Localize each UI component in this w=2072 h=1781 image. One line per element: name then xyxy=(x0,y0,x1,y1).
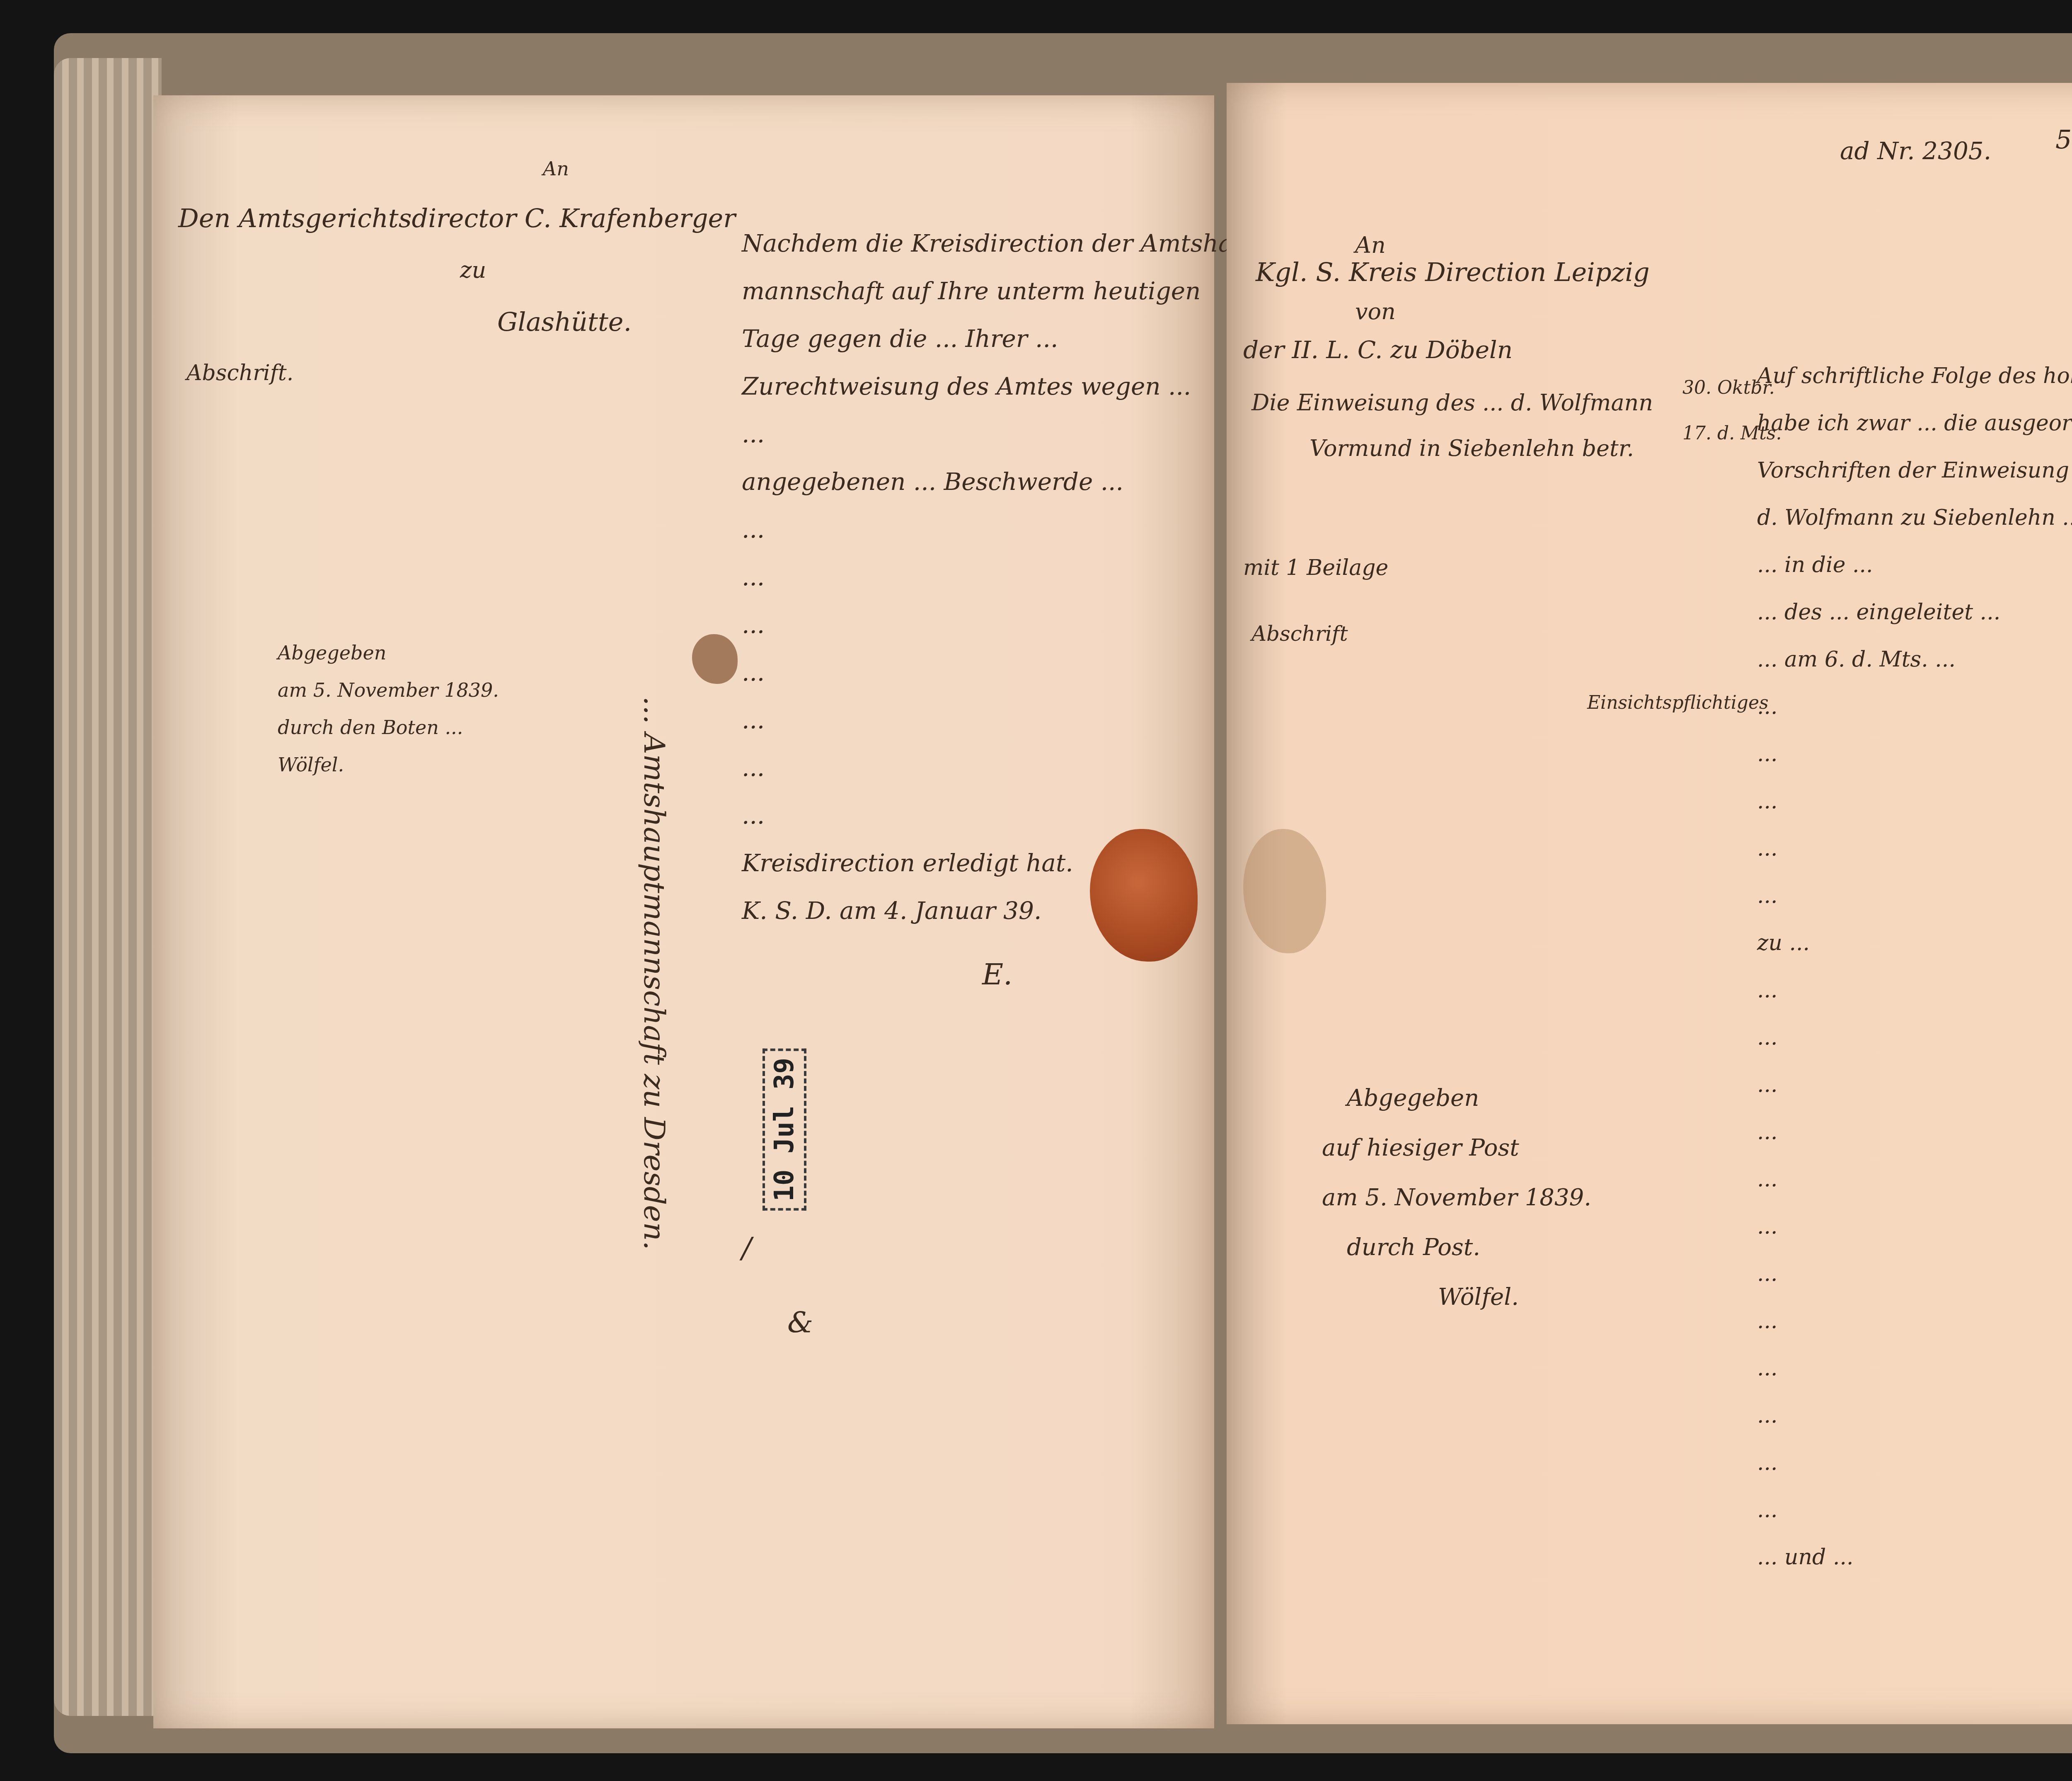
right-address-line3: der II. L. C. zu Döbeln xyxy=(1243,336,1513,364)
date-stamp: 10 Jul 39 xyxy=(762,1049,806,1211)
folio-reference: ad Nr. 2305. xyxy=(1840,137,1991,165)
left-body-text: Nachdem die Kreisdirection der Amtshaupt… xyxy=(742,220,1281,935)
left-note: Abschrift. xyxy=(186,361,293,385)
right-address-line2: von xyxy=(1355,298,1396,325)
subject-line-2: Vormund in Siebenlehn betr. xyxy=(1310,435,1634,461)
left-page: An Den Amtsgerichtsdirector C. Krafenber… xyxy=(153,95,1214,1728)
right-address-line1: Kgl. S. Kreis Direction Leipzig xyxy=(1256,257,1650,287)
subject-line-1: Die Einweisung des ... d. Wolfmann xyxy=(1251,390,1653,416)
left-address-small: An xyxy=(543,158,569,180)
margin-mark-2: & xyxy=(787,1306,813,1340)
left-closing-initial: E. xyxy=(982,957,1012,991)
right-dispatch-note: Abgegeben auf hiesiger Post am 5. Novemb… xyxy=(1322,1073,1591,1322)
small-seal-stain xyxy=(692,634,738,684)
left-address-line2: zu xyxy=(460,257,486,283)
right-page: ad Nr. 2305. 59. 70. An Kgl. S. Kreis Di… xyxy=(1227,83,2072,1724)
right-address-small: An xyxy=(1355,232,1386,258)
wax-seal xyxy=(1090,829,1198,962)
left-dispatch-note: Abgegeben am 5. November 1839. durch den… xyxy=(278,634,499,783)
folio-number-1: 59. xyxy=(2055,124,2072,155)
open-book: An Den Amtsgerichtsdirector C. Krafenber… xyxy=(54,33,2072,1753)
left-vertical-text: ... Amtshauptmannschaft zu Dresden. xyxy=(637,696,671,1250)
margin-word: Einsichtspflichtiges xyxy=(1587,692,1769,713)
right-note: Abschrift xyxy=(1251,622,1348,646)
left-address-line1: Den Amtsgerichtsdirector C. Krafenberger xyxy=(178,203,736,233)
right-body-text: Auf schriftliche Folge des hohen Verord.… xyxy=(1757,352,2072,1581)
enclosure-note: mit 1 Beilage xyxy=(1243,555,1388,580)
margin-mark-1: / xyxy=(742,1231,752,1265)
left-address-line3: Glashütte. xyxy=(497,307,632,337)
seal-offset-stain xyxy=(1243,829,1326,953)
left-page-edges xyxy=(54,58,162,1716)
